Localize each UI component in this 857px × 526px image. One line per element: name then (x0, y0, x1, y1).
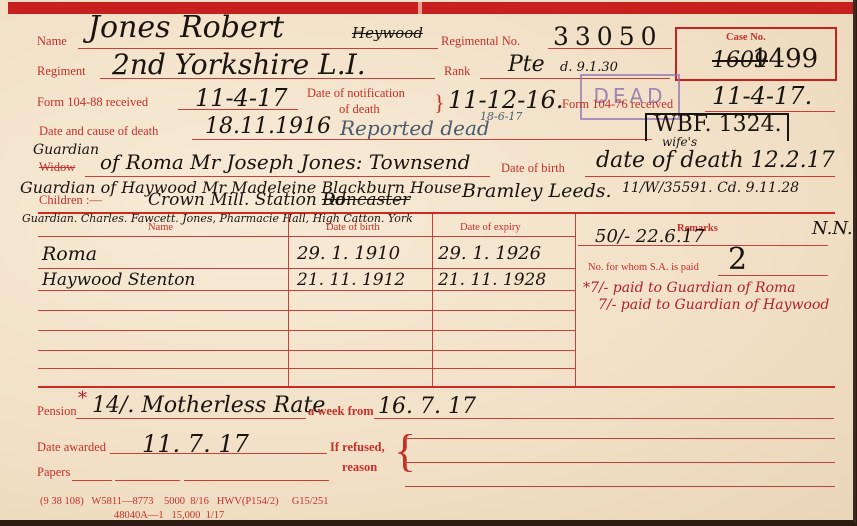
table-line (38, 310, 575, 311)
pension-record-card: Name Jones Robert Heywood Regimental No.… (0, 0, 856, 525)
notification-label-1: Date of notification (307, 86, 405, 101)
refused-label-1: If refused, (330, 440, 385, 455)
papers-line (115, 480, 180, 481)
remarks-note: 50/- 22.6.17 (595, 226, 704, 247)
refused-line (405, 438, 835, 439)
papers-line (72, 480, 112, 481)
pension-label: Pension (37, 404, 77, 419)
col-header-expiry: Date of expiry (460, 222, 521, 233)
payment-note-2: 7/- paid to Guardian of Haywood (598, 297, 829, 313)
dob-line (585, 176, 835, 177)
address-line: Crown Mill. Station Rd. (148, 190, 351, 210)
nn-note: N.N. (812, 218, 853, 239)
refused-brace: { (394, 428, 416, 474)
week-label: a week from (308, 404, 374, 419)
col-header-name: Name (148, 222, 173, 233)
death-cause: Reported dead (340, 116, 490, 140)
col-header-dob: Date of birth (326, 222, 380, 233)
name-label: Name (37, 34, 67, 49)
awarded-value: 11. 7. 17 (142, 430, 249, 458)
pension-marker: * (78, 388, 87, 409)
regiment-value: 2nd Yorkshire L.I. (112, 48, 366, 81)
child-dob: 29. 1. 1910 (297, 243, 400, 264)
form-10476-value: 11-4-17. (712, 82, 812, 110)
footer-line-1: (9 38 108) W5811—8773 5000 8/16 HWV(P154… (40, 496, 328, 507)
child-dob: 21. 11. 1912 (297, 270, 405, 290)
table-line (38, 350, 575, 351)
death-note: 18-6-17 (480, 110, 522, 123)
dob-value: date of death 12.2.17 (596, 148, 835, 173)
death-label: Date and cause of death (39, 124, 158, 139)
regimental-no-value: 33050 (553, 22, 663, 51)
form-10488-label: Form 104-88 received (37, 95, 148, 110)
name-value: Jones Robert (88, 10, 284, 45)
wifes-note: wife's (662, 135, 697, 149)
wbf-reference: WBF. 1324. (654, 112, 782, 137)
table-col-divider-1 (288, 214, 289, 386)
notification-label-2: of death (339, 102, 380, 117)
case-no-label: Case No. (726, 32, 766, 43)
child-name: Haywood Stenton (42, 270, 195, 290)
widow-value: of Roma Mr Joseph Jones: Townsend (100, 150, 471, 174)
address-struck: Doncaster (322, 190, 410, 210)
papers-line (184, 480, 329, 481)
refused-line (405, 486, 835, 487)
death-date: 18.11.1916 (205, 114, 331, 139)
sa-label: No. for whom S.A. is paid (588, 262, 699, 273)
brace: } (434, 90, 445, 116)
table-line (38, 268, 575, 269)
widow-label: Widow (39, 160, 75, 175)
footer-line-2: 48040A—1 15,000 1/17 (114, 510, 224, 521)
pension-divider (38, 386, 835, 388)
payment-note-1: *7/- paid to Guardian of Roma (583, 280, 796, 296)
name-struck: Heywood (352, 24, 423, 42)
table-line (38, 330, 575, 331)
reference-line: 11/W/35591. Cd. 9.11.28 (622, 180, 799, 196)
dob-label: Date of birth (501, 161, 565, 176)
papers-label: Papers (37, 465, 70, 480)
child-expiry: 21. 11. 1928 (438, 270, 546, 290)
guardian-note: Guardian (33, 142, 99, 158)
table-col-divider-2 (432, 214, 433, 386)
widow-line (85, 176, 490, 177)
table-line (38, 236, 575, 237)
week-value: 16. 7. 17 (378, 394, 476, 419)
table-col-divider-3 (575, 214, 576, 386)
refused-label-2: reason (342, 460, 377, 475)
form-10488-value: 11-4-17 (195, 84, 288, 112)
sa-value: 2 (728, 242, 747, 277)
child-expiry: 29. 1. 1926 (438, 243, 541, 264)
rank-note: d. 9.1.30 (560, 60, 618, 75)
pension-line (76, 418, 306, 419)
refused-line (405, 462, 835, 463)
regimental-no-label: Regimental No. (441, 34, 520, 49)
table-line (38, 290, 575, 291)
rank-value: Pte (508, 52, 545, 77)
regiment-label: Regiment (37, 64, 86, 79)
child-name: Roma (42, 243, 97, 265)
awarded-label: Date awarded (37, 440, 106, 455)
children-label: Children :— (39, 193, 102, 208)
form-10476-label: Form 104-76 received (562, 97, 673, 112)
pension-value: 14/. Motherless Rate (92, 393, 325, 418)
table-line (38, 368, 575, 369)
address-line-2: Bramley Leeds. (462, 180, 612, 202)
case-no-value: 1499 (752, 44, 818, 74)
rank-label: Rank (444, 64, 470, 79)
